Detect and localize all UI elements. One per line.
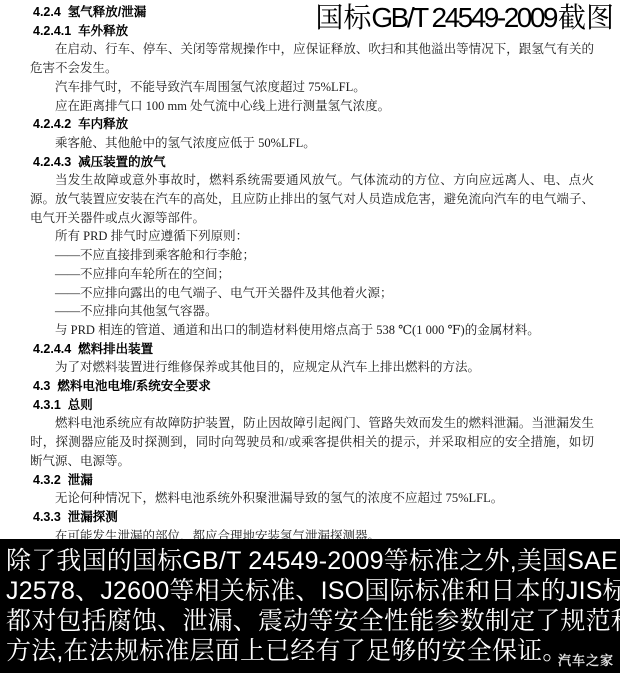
doc-list-item: ——不应排向露出的电气端子、电气开关器件及其他着火源； bbox=[30, 284, 594, 303]
doc-list-item: ——不应排向车轮所在的空间； bbox=[30, 265, 594, 284]
banner-line: 除了我国的国标GB/T 24549-2009等标准之外,美国SAE的 bbox=[6, 546, 620, 576]
banner-line: 都对包括腐蚀、泄漏、震动等安全性能参数制定了规范和实验 bbox=[6, 606, 620, 636]
doc-paragraph: 应在距离排气口 100 mm 处气流中心线上进行测量氢气浓度。 bbox=[30, 97, 594, 116]
doc-paragraph: 燃料电池系统应有故障防护装置，防止因故障引起阀门、管路失效而发生的燃料泄漏。当泄… bbox=[30, 414, 594, 470]
doc-paragraph: 与 PRD 相连的管道、通道和出口的制造材料使用熔点高于 538 ℃(1 000… bbox=[30, 321, 594, 340]
commentary-text: 除了我国的国标GB/T 24549-2009等标准之外,美国SAE的J2578、… bbox=[6, 546, 620, 666]
caption-cn-prefix: 国标 bbox=[315, 2, 371, 33]
banner-line: 方法,在法规标准层面上已经有了足够的安全保证。 bbox=[6, 636, 620, 666]
doc-heading: 4.3 燃料电池电堆/系统安全要求 bbox=[33, 377, 594, 396]
banner-line: J2578、J2600等相关标准、ISO国际标准和日本的JIS标准等, bbox=[6, 576, 620, 606]
screenshot-caption: 国标GB/T 24549-2009截图 bbox=[315, 1, 614, 35]
doc-paragraph: 为了对燃料装置进行维修保养或其他目的，应规定从汽车上排出燃料的方法。 bbox=[30, 358, 594, 377]
doc-paragraph: 当发生故障或意外事故时，燃料系统需要通风放气。气体流动的方位、方向应远离人、电、… bbox=[30, 171, 594, 227]
doc-paragraph: 汽车排气时，不能导致汽车周围氢气浓度超过 75%LFL。 bbox=[30, 78, 594, 97]
doc-heading: 4.3.2 泄漏 bbox=[33, 471, 594, 490]
autohome-watermark: 汽车之家 bbox=[558, 650, 614, 669]
doc-paragraph: 乘客舱、其他舱中的氢气浓度应低于 50%LFL。 bbox=[30, 134, 594, 153]
caption-standard-code: GB/T 24549-2009 bbox=[371, 2, 558, 33]
doc-paragraph: 所有 PRD 排气时应遵循下列原则： bbox=[30, 227, 594, 246]
doc-heading: 4.2.4.3 减压装置的放气 bbox=[33, 153, 594, 172]
document-body: 4.2.4 氢气释放/泄漏4.2.4.1 车外释放在启动、行车、停车、关闭等常规… bbox=[30, 3, 594, 539]
document-page: 国标GB/T 24549-2009截图 4.2.4 氢气释放/泄漏4.2.4.1… bbox=[0, 0, 620, 673]
doc-list-item: ——不应排向其他氢气容器。 bbox=[30, 302, 594, 321]
standard-document-area: 国标GB/T 24549-2009截图 4.2.4 氢气释放/泄漏4.2.4.1… bbox=[0, 0, 620, 539]
doc-heading: 4.3.1 总则 bbox=[33, 396, 594, 415]
doc-heading: 4.2.4.4 燃料排出装置 bbox=[33, 340, 594, 359]
doc-heading: 4.2.4.2 车内释放 bbox=[33, 115, 594, 134]
doc-list-item: ——不应直接排到乘客舱和行李舱； bbox=[30, 246, 594, 265]
caption-cn-suffix: 截图 bbox=[558, 2, 614, 33]
doc-paragraph: 在可能发生泄漏的部位，都应合理地安装氢气泄漏探测器。 bbox=[30, 527, 594, 539]
commentary-banner: 除了我国的国标GB/T 24549-2009等标准之外,美国SAE的J2578、… bbox=[0, 539, 620, 673]
doc-paragraph: 在启动、行车、停车、关闭等常规操作中，应保证释放、吹扫和其他溢出等情况下，跟氢气… bbox=[30, 40, 594, 77]
doc-paragraph: 无论何种情况下，燃料电池系统外积聚泄漏导致的氢气的浓度不应超过 75%LFL。 bbox=[30, 489, 594, 508]
doc-heading: 4.3.3 泄漏探测 bbox=[33, 508, 594, 527]
